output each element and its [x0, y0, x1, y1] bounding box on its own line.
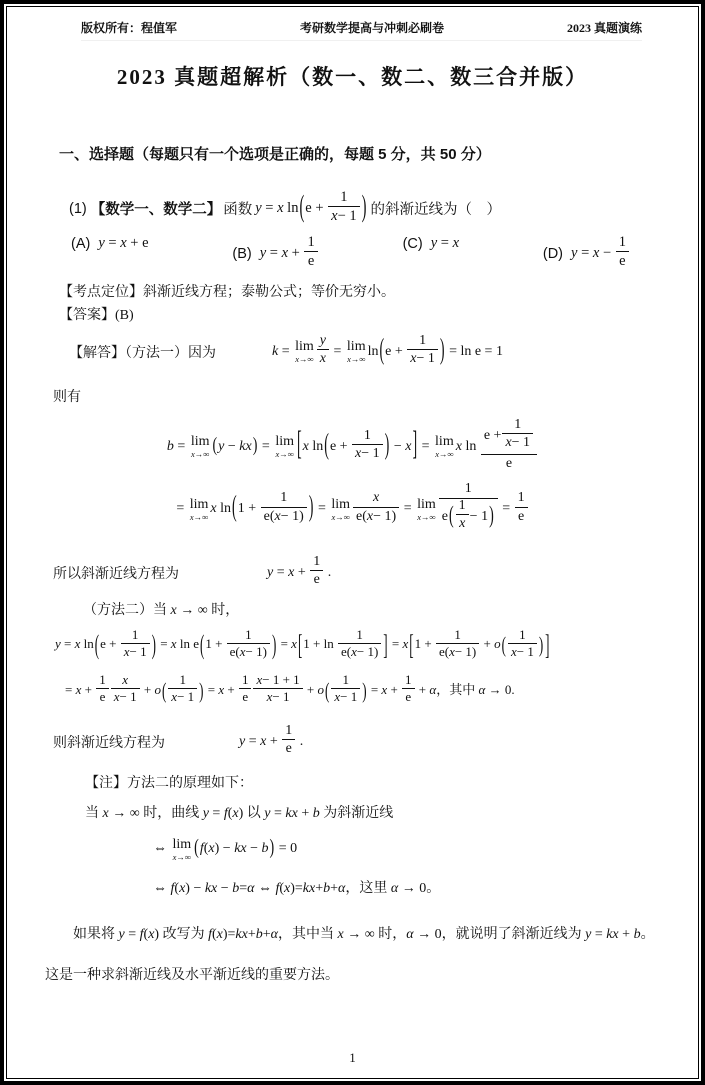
so-asymptote-line: 所以斜渐近线方程为 y = x + 1e .: [45, 555, 660, 591]
note-statement: 当 x → ∞ 时，曲线 y = f(x) 以 y = kx + b 为斜渐近线: [45, 802, 660, 822]
iff-line-1: ⇔ limx→∞(f(x) − kx − b) = 0: [45, 838, 660, 862]
method2-intro-text: （方法二）当 x → ∞ 时，: [83, 603, 239, 618]
closing-paragraph: 如果将 y = f(x) 改写为 f(x)=kx+b+α，其中当 x → ∞ 时…: [45, 915, 660, 996]
options-row: (A) y = x + e (B) y = x + 1e (C) y = x (…: [45, 235, 660, 272]
b-limit-equation-line1: b = limx→∞(y − kx) = limx→∞[x ln(e + 1x …: [45, 420, 660, 475]
note-heading: 【注】方法二的原理如下：: [45, 772, 660, 792]
document-title: 2023 真题超解析（数一、数二、数三合并版）: [45, 61, 660, 91]
header-copyright: 版权所有：程值军: [81, 19, 177, 36]
k-limit-equation: k = limx→∞yx = limx→∞ln(e + 1x − 1) = ln…: [272, 334, 503, 370]
solution-label: 【解答】（方法一）因为: [69, 342, 216, 362]
answer-line: 【答案】(B): [45, 304, 660, 324]
method2-expansion-line2: = x + 1exx − 1 + o(1x − 1) = x + 1ex − 1…: [45, 674, 660, 708]
option-b-label: (B): [232, 246, 251, 262]
question-tail: 的斜渐近线为（ ）: [371, 198, 502, 219]
iff-equation-1: ⇔ limx→∞(f(x) − kx − b) = 0: [153, 841, 297, 856]
option-d-label: (D): [543, 246, 563, 262]
then-asymptote-label: 则斜渐近线方程为: [53, 732, 165, 752]
question-equation: y = x ln(e + 1x − 1): [255, 190, 367, 227]
option-d: (D) y = x − 1e: [543, 235, 630, 272]
option-b-equation: y = x + 1e: [260, 235, 319, 272]
then-asymptote-line: 则斜渐近线方程为 y = x + 1e .: [45, 724, 660, 760]
option-c-label: (C): [403, 236, 423, 252]
option-a-label: (A): [71, 236, 90, 252]
b-equation-part1: b = limx→∞(y − kx) = limx→∞[x ln(e + 1x …: [167, 439, 538, 454]
method2-expansion-line1: y = x ln(e + 1x − 1) = x ln e(1 + 1e(x −…: [45, 629, 660, 663]
closing-paragraph-text: 如果将 y = f(x) 改写为 f(x)=kx+b+α，其中当 x → ∞ 时…: [45, 927, 655, 983]
option-a-equation: y = x + e: [98, 235, 148, 252]
method2-intro: （方法二）当 x → ∞ 时，: [45, 599, 660, 619]
question-scope: 【数学一、数学二】: [91, 198, 222, 219]
option-c: (C) y = x: [403, 235, 459, 252]
y-expansion-continued: = x + 1exx − 1 + o(1x − 1) = x + 1ex − 1…: [65, 682, 515, 697]
then-have-text: 则有: [45, 386, 660, 406]
option-a: (A) y = x + e: [71, 235, 149, 252]
question-number: (1): [69, 201, 87, 217]
page-number: 1: [7, 1050, 698, 1066]
option-d-equation: y = x − 1e: [571, 235, 630, 272]
question-lead: 函数: [223, 198, 252, 219]
asymptote-equation-2: y = x + 1e .: [239, 724, 303, 760]
solution-line: 【解答】（方法一）因为 k = limx→∞yx = limx→∞ln(e + …: [45, 334, 660, 370]
iff-line-2: ⇔ f(x) − kx − b=α ⇔ f(x)=kx+b+α，这里 α → 0…: [45, 877, 660, 897]
exam-point-line: 【考点定位】斜渐近线方程；泰勒公式；等价无穷小。: [45, 281, 660, 301]
y-expansion-equation: y = x ln(e + 1x − 1) = x ln e(1 + 1e(x −…: [55, 636, 551, 651]
iff-equation-2: ⇔ f(x) − kx − b=α ⇔ f(x)=kx+b+α，这里 α → 0…: [153, 881, 440, 896]
header-series-title: 考研数学提高与冲刺必刷卷: [300, 19, 444, 36]
page-inner-frame: 版权所有：程值军 考研数学提高与冲刺必刷卷 2023 真题演练 2023 真题超…: [6, 6, 699, 1079]
asymptote-equation-1: y = x + 1e .: [267, 555, 331, 591]
option-c-equation: y = x: [431, 235, 459, 252]
note-statement-text: 当 x → ∞ 时，曲线 y = f(x) 以 y = kx + b 为斜渐近线: [85, 806, 393, 821]
b-equation-part2: = limx→∞x ln(1 + 1e(x − 1)) = limx→∞xe(x…: [176, 501, 528, 516]
header-edition: 2023 真题演练: [567, 19, 642, 36]
option-b: (B) y = x + 1e: [232, 235, 318, 272]
so-asymptote-label: 所以斜渐近线方程为: [53, 563, 179, 583]
b-limit-equation-line2: = limx→∞x ln(1 + 1e(x − 1)) = limx→∞xe(x…: [45, 482, 660, 537]
section-heading: 一、选择题（每题只有一个选项是正确的，每题 5 分，共 50 分）: [45, 143, 660, 164]
document-page: 版权所有：程值军 考研数学提高与冲刺必刷卷 2023 真题演练 2023 真题超…: [0, 0, 705, 1085]
page-header: 版权所有：程值军 考研数学提高与冲刺必刷卷 2023 真题演练: [81, 19, 642, 41]
question-line: (1) 【数学一、数学二】 函数 y = x ln(e + 1x − 1) 的斜…: [45, 190, 660, 227]
